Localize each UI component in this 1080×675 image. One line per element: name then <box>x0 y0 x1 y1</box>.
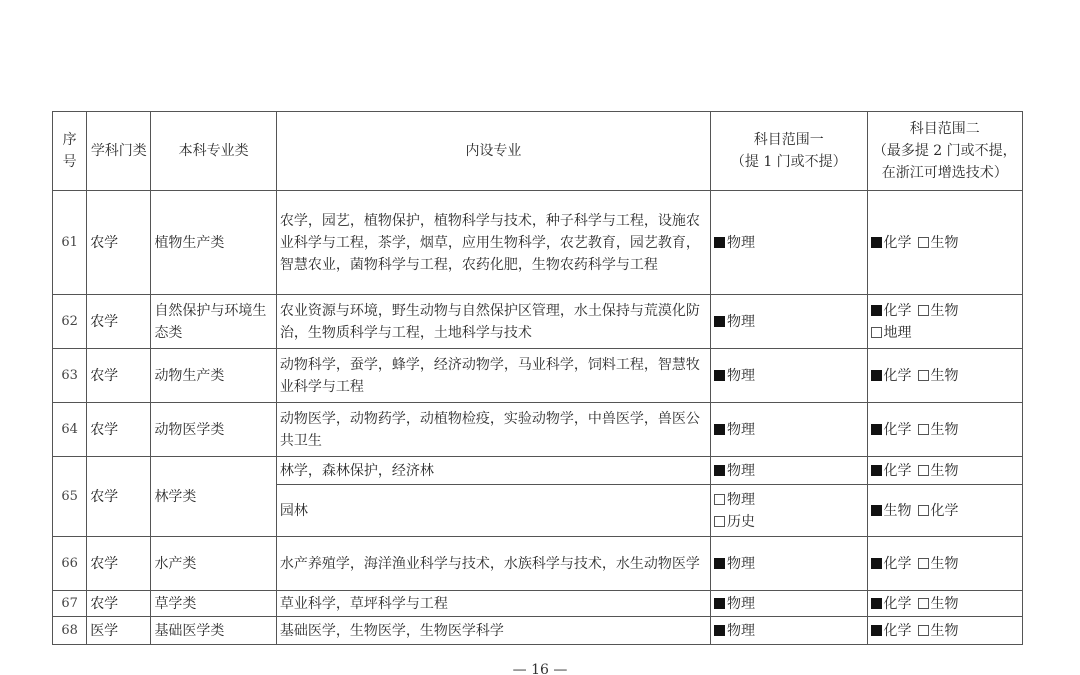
checked-box-icon <box>714 558 725 569</box>
row-range1: 物理 <box>711 295 867 349</box>
header-range2: 科目范围二 （最多提 2 门或不提， 在浙江可增选技术） <box>867 112 1022 191</box>
subject-label: 化学 <box>884 235 912 251</box>
subject-option: 生物 <box>918 623 959 639</box>
row-range2: 化学生物 <box>867 457 1022 485</box>
row-range2: 化学生物 <box>867 403 1022 457</box>
subject-option: 物理 <box>714 620 857 642</box>
table-row: 66农学水产类水产养殖学，海洋渔业科学与技术，水族科学与技术，水生动物医学物理化… <box>53 537 1023 591</box>
row-range1: 物理 <box>711 537 867 591</box>
subject-requirement-table: 序号 学科门类 本科专业类 内设专业 科目范围一 （提 1 门或不提） 科目范围… <box>52 111 1023 645</box>
subject-label: 物理 <box>727 623 755 639</box>
table-row: 62农学自然保护与环境生态类农业资源与环境，野生动物与自然保护区管理，水土保持与… <box>53 295 1023 349</box>
subject-option: 物理 <box>714 419 857 441</box>
subject-label: 物理 <box>727 422 755 438</box>
row-majors: 农学，园艺，植物保护，植物科学与技术，种子科学与工程，设施农业科学与工程，茶学，… <box>276 191 710 295</box>
subject-label: 地理 <box>884 325 912 341</box>
row-range2: 化学生物地理 <box>867 295 1022 349</box>
subject-label: 生物 <box>931 463 959 479</box>
checked-box-icon <box>714 316 725 327</box>
row-class: 林学类 <box>151 457 276 537</box>
table-header-row: 序号 学科门类 本科专业类 内设专业 科目范围一 （提 1 门或不提） 科目范围… <box>53 112 1023 191</box>
header-range2-note1: （最多提 2 门或不提， <box>871 140 1019 162</box>
checked-box-icon <box>871 598 882 609</box>
subject-option: 物理 <box>714 553 857 575</box>
row-range2: 化学生物 <box>867 617 1022 645</box>
subject-option: 地理 <box>871 325 912 341</box>
subject-label: 物理 <box>727 492 755 508</box>
unchecked-box-icon <box>918 424 929 435</box>
checked-box-icon <box>714 370 725 381</box>
subject-label: 生物 <box>884 503 912 519</box>
row-seq: 66 <box>53 537 87 591</box>
subject-label: 化学 <box>884 463 912 479</box>
subject-label: 物理 <box>727 463 755 479</box>
row-category: 农学 <box>87 457 151 537</box>
unchecked-box-icon <box>918 465 929 476</box>
subject-label: 生物 <box>931 235 959 251</box>
subject-option: 化学 <box>871 556 912 572</box>
row-seq: 62 <box>53 295 87 349</box>
row-category: 农学 <box>87 295 151 349</box>
unchecked-box-icon <box>871 327 882 338</box>
subject-option: 化学 <box>871 422 912 438</box>
subject-label: 化学 <box>884 556 912 572</box>
table-row: 61农学植物生产类农学，园艺，植物保护，植物科学与技术，种子科学与工程，设施农业… <box>53 191 1023 295</box>
row-seq: 64 <box>53 403 87 457</box>
row-range1: 物理 <box>711 191 867 295</box>
subject-option: 物理 <box>714 593 857 615</box>
subject-label: 物理 <box>727 556 755 572</box>
subject-option: 历史 <box>714 511 857 533</box>
row-class: 植物生产类 <box>151 191 276 295</box>
subject-option: 物理 <box>714 311 857 333</box>
row-category: 农学 <box>87 591 151 617</box>
row-seq: 68 <box>53 617 87 645</box>
row-category: 农学 <box>87 191 151 295</box>
subject-label: 生物 <box>931 303 959 319</box>
table-row: 67农学草学类草业科学，草坪科学与工程物理化学生物 <box>53 591 1023 617</box>
unchecked-box-icon <box>918 625 929 636</box>
row-class: 草学类 <box>151 591 276 617</box>
checked-box-icon <box>871 558 882 569</box>
row-majors: 动物科学，蚕学，蜂学，经济动物学，马业科学，饲料工程，智慧牧业科学与工程 <box>276 349 710 403</box>
row-range2: 化学生物 <box>867 537 1022 591</box>
row-range1: 物理 <box>711 617 867 645</box>
subject-option: 生物 <box>918 422 959 438</box>
header-range2-note2: 在浙江可增选技术） <box>871 162 1019 184</box>
row-category: 农学 <box>87 403 151 457</box>
row-range1: 物理 <box>711 403 867 457</box>
row-range2: 化学生物 <box>867 191 1022 295</box>
subject-label: 生物 <box>931 368 959 384</box>
subject-label: 物理 <box>727 314 755 330</box>
unchecked-box-icon <box>714 494 725 505</box>
document-page: 序号 学科门类 本科专业类 内设专业 科目范围一 （提 1 门或不提） 科目范围… <box>0 0 1080 675</box>
subject-label: 化学 <box>884 623 912 639</box>
checked-box-icon <box>871 465 882 476</box>
subject-label: 物理 <box>727 368 755 384</box>
row-range1: 物理 <box>711 457 867 485</box>
subject-option: 生物 <box>918 235 959 251</box>
row-majors: 农业资源与环境，野生动物与自然保护区管理，水土保持与荒漠化防治，生物质科学与工程… <box>276 295 710 349</box>
unchecked-box-icon <box>918 305 929 316</box>
row-range2: 化学生物 <box>867 349 1022 403</box>
subject-option: 化学 <box>871 463 912 479</box>
subject-label: 生物 <box>931 596 959 612</box>
row-range1: 物理 <box>711 591 867 617</box>
subject-label: 生物 <box>931 556 959 572</box>
checked-box-icon <box>871 370 882 381</box>
subject-option: 化学 <box>871 596 912 612</box>
row-class: 基础医学类 <box>151 617 276 645</box>
row-category: 医学 <box>87 617 151 645</box>
subject-option: 生物 <box>871 503 912 519</box>
unchecked-box-icon <box>714 516 725 527</box>
row-majors: 动物医学，动物药学，动植物检疫，实验动物学，中兽医学，兽医公共卫生 <box>276 403 710 457</box>
checked-box-icon <box>871 424 882 435</box>
subject-label: 化学 <box>884 303 912 319</box>
subject-label: 物理 <box>727 596 755 612</box>
header-class: 本科专业类 <box>151 112 276 191</box>
subject-option: 生物 <box>918 463 959 479</box>
subject-label: 化学 <box>884 596 912 612</box>
header-range2-title: 科目范围二 <box>871 118 1019 140</box>
subject-option: 化学 <box>918 503 959 519</box>
subject-label: 历史 <box>727 514 755 530</box>
page-number: — 16 — <box>500 662 580 675</box>
header-seq: 序号 <box>53 112 87 191</box>
table-body: 61农学植物生产类农学，园艺，植物保护，植物科学与技术，种子科学与工程，设施农业… <box>53 191 1023 645</box>
header-range1: 科目范围一 （提 1 门或不提） <box>711 112 867 191</box>
row-range2: 生物化学 <box>867 485 1022 537</box>
row-class: 水产类 <box>151 537 276 591</box>
subject-option: 化学 <box>871 368 912 384</box>
checked-box-icon <box>871 237 882 248</box>
unchecked-box-icon <box>918 370 929 381</box>
subject-option: 生物 <box>918 596 959 612</box>
subject-option: 物理 <box>714 232 857 254</box>
subject-option: 生物 <box>918 556 959 572</box>
subject-option: 生物 <box>918 368 959 384</box>
checked-box-icon <box>871 305 882 316</box>
row-majors: 林学，森林保护，经济林 <box>276 457 710 485</box>
header-majors: 内设专业 <box>276 112 710 191</box>
subject-label: 化学 <box>884 368 912 384</box>
row-category: 农学 <box>87 349 151 403</box>
table-row: 68医学基础医学类基础医学，生物医学，生物医学科学物理化学生物 <box>53 617 1023 645</box>
row-majors: 基础医学，生物医学，生物医学科学 <box>276 617 710 645</box>
subject-label: 生物 <box>931 422 959 438</box>
row-seq: 63 <box>53 349 87 403</box>
row-seq: 61 <box>53 191 87 295</box>
checked-box-icon <box>714 237 725 248</box>
row-class: 动物生产类 <box>151 349 276 403</box>
checked-box-icon <box>714 424 725 435</box>
unchecked-box-icon <box>918 558 929 569</box>
checked-box-icon <box>714 465 725 476</box>
subject-label: 生物 <box>931 623 959 639</box>
row-majors: 草业科学，草坪科学与工程 <box>276 591 710 617</box>
row-seq: 67 <box>53 591 87 617</box>
subject-label: 化学 <box>931 503 959 519</box>
row-range1: 物理 <box>711 349 867 403</box>
row-majors: 园林 <box>276 485 710 537</box>
table-row: 65农学林学类林学，森林保护，经济林物理化学生物 <box>53 457 1023 485</box>
table-row: 64农学动物医学类动物医学，动物药学，动植物检疫，实验动物学，中兽医学，兽医公共… <box>53 403 1023 457</box>
subject-option: 物理 <box>714 489 857 511</box>
checked-box-icon <box>714 598 725 609</box>
subject-option: 物理 <box>714 460 857 482</box>
row-category: 农学 <box>87 537 151 591</box>
unchecked-box-icon <box>918 237 929 248</box>
checked-box-icon <box>714 625 725 636</box>
row-seq: 65 <box>53 457 87 537</box>
subject-option: 生物 <box>918 303 959 319</box>
row-class: 动物医学类 <box>151 403 276 457</box>
header-range1-note: （提 1 门或不提） <box>714 151 863 173</box>
subject-option: 化学 <box>871 303 912 319</box>
header-category: 学科门类 <box>87 112 151 191</box>
row-range2: 化学生物 <box>867 591 1022 617</box>
row-class: 自然保护与环境生态类 <box>151 295 276 349</box>
table-row: 63农学动物生产类动物科学，蚕学，蜂学，经济动物学，马业科学，饲料工程，智慧牧业… <box>53 349 1023 403</box>
subject-label: 物理 <box>727 235 755 251</box>
subject-label: 化学 <box>884 422 912 438</box>
subject-option: 化学 <box>871 623 912 639</box>
checked-box-icon <box>871 625 882 636</box>
header-range1-title: 科目范围一 <box>714 129 863 151</box>
row-majors: 水产养殖学，海洋渔业科学与技术，水族科学与技术，水生动物医学 <box>276 537 710 591</box>
checked-box-icon <box>871 505 882 516</box>
unchecked-box-icon <box>918 598 929 609</box>
subject-option: 物理 <box>714 365 857 387</box>
row-range1: 物理历史 <box>711 485 867 537</box>
subject-option: 化学 <box>871 235 912 251</box>
unchecked-box-icon <box>918 505 929 516</box>
